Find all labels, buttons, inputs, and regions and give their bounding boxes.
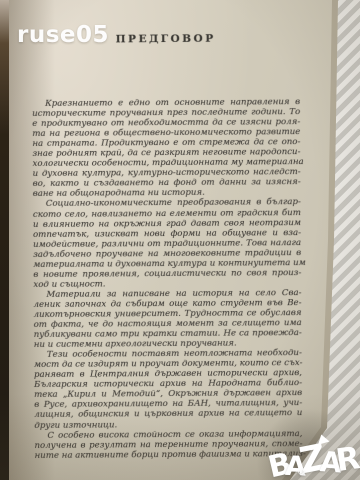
body-line: в новите проявления, социалистически по … (33, 268, 301, 280)
bazar-logo-letters: BAZAR (270, 453, 357, 478)
bazar-accent-icon (316, 433, 330, 445)
printed-page-content: ПРЕДГОВОР Краезнанието е едно от основни… (31, 0, 302, 461)
body-line: лищния, общинския и църковния архив на с… (34, 409, 302, 421)
body-lines: Краезнанието е едно от основните направл… (32, 97, 303, 461)
book-page-photo: ПРЕДГОВОР Краезнанието е едно от основни… (0, 0, 360, 480)
book-cover-strip (0, 0, 9, 480)
body-line: ните на активните борци против фашизма и… (35, 449, 303, 461)
bazar-watermark: BAZAR ® (269, 439, 357, 480)
bazar-logo-letter: R (333, 443, 360, 477)
registered-trademark-icon: ® (297, 468, 306, 478)
seller-watermark: ruse05 (17, 22, 109, 48)
